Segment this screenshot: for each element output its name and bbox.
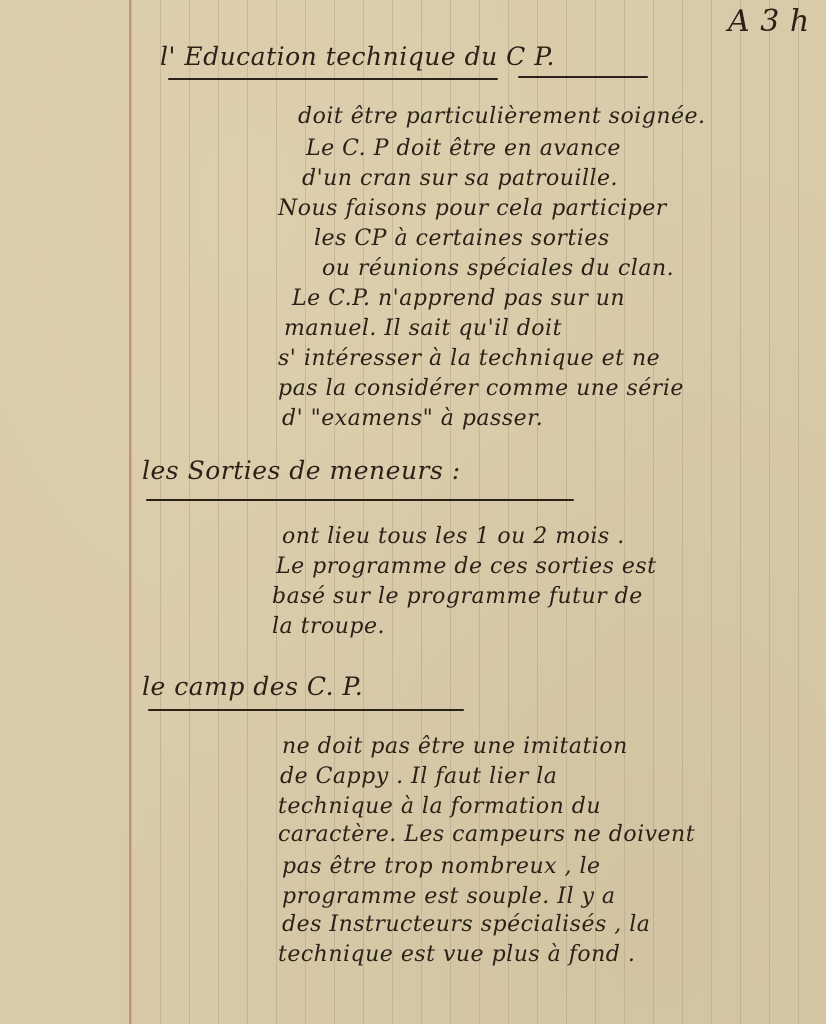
text-line: technique à la formation du <box>278 794 601 819</box>
section-heading-camp-cp: le camp des C. P. <box>142 672 363 701</box>
text-line: Le programme de ces sorties est <box>276 554 657 579</box>
text-line: technique est vue plus à fond . <box>278 942 635 967</box>
text-line: ne doit pas être une imitation <box>282 734 628 759</box>
text-line: caractère. Les campeurs ne doivent <box>278 822 695 847</box>
section-heading-education-technique: l' Education technique du C P. <box>160 42 555 71</box>
notebook-page: A 3 h l' Education technique du C P. doi… <box>0 0 826 1024</box>
text-line: d'un cran sur sa patrouille. <box>302 166 618 191</box>
text-line: pas la considérer comme une série <box>278 376 684 401</box>
text-line: les CP à certaines sorties <box>314 226 610 251</box>
heading-underline <box>168 78 498 80</box>
text-line: basé sur le programme futur de <box>272 584 643 609</box>
text-line: Le C. P doit être en avance <box>306 136 621 161</box>
heading-underline <box>146 499 574 501</box>
heading-underline <box>518 76 648 78</box>
margin-rule <box>129 0 131 1024</box>
page-number: A 3 h <box>728 4 810 39</box>
text-line: des Instructeurs spécialisés , la <box>282 912 650 937</box>
text-line: Nous faisons pour cela participer <box>278 196 667 221</box>
text-line: ont lieu tous les 1 ou 2 mois . <box>282 524 625 549</box>
text-line: programme est souple. Il y a <box>282 884 616 909</box>
text-line: d' "examens" à passer. <box>282 406 543 431</box>
text-line: manuel. Il sait qu'il doit <box>284 316 562 341</box>
text-line: la troupe. <box>272 614 385 639</box>
text-line: ou réunions spéciales du clan. <box>322 256 674 281</box>
heading-underline <box>148 709 464 711</box>
text-line: pas être trop nombreux , le <box>282 854 601 879</box>
text-line: doit être particulièrement soignée. <box>298 104 706 129</box>
text-line: Le C.P. n'apprend pas sur un <box>292 286 625 311</box>
text-line: s' intéresser à la technique et ne <box>278 346 660 371</box>
section-heading-sorties-meneurs: les Sorties de meneurs : <box>142 456 461 485</box>
text-line: de Cappy . Il faut lier la <box>280 764 557 789</box>
